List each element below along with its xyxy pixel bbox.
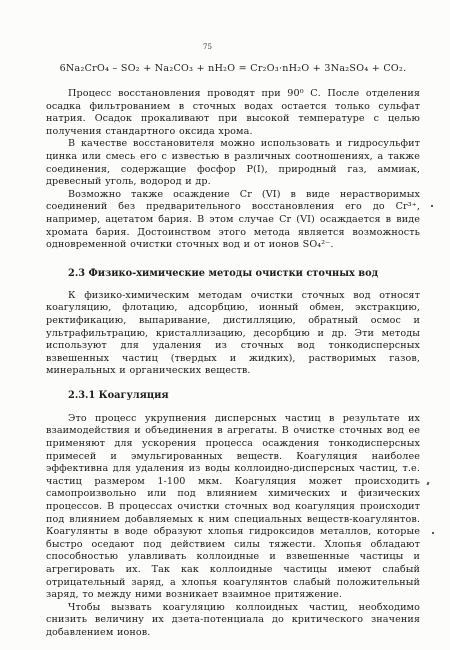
paragraph-chromium-precipitation: Возможно также осаждение Cr (VI) в виде … — [46, 189, 420, 252]
scan-artifact-speck — [427, 482, 430, 486]
section-heading-physicochemical-methods: 2.3 Физико-химические методы очистки сто… — [46, 267, 420, 280]
paragraph-methods-list: К физико-химическим методам очистки сточ… — [46, 290, 420, 378]
page-content: 6Na₂CrO₄ – SO₂ + Na₂CO₃ + nH₂O = Cr₂O₃·n… — [46, 62, 420, 640]
page-number: 75 — [0, 43, 415, 51]
scanned-document-page: 75 6Na₂CrO₄ – SO₂ + Na₂CO₃ + nH₂O = Cr₂O… — [0, 0, 450, 650]
paragraph-zeta-potential: Чтобы вызвать коагуляцию коллоидных част… — [46, 602, 420, 640]
chemical-equation: 6Na₂CrO₄ – SO₂ + Na₂CO₃ + nH₂O = Cr₂O₃·n… — [46, 62, 420, 75]
paragraph-reduction-process: Процесс восстановления проводят при 90⁰ … — [46, 88, 420, 138]
scan-artifact-speck — [432, 532, 434, 534]
scan-artifact-speck — [431, 205, 433, 207]
paragraph-coagulation-description: Это процесс укрупнения дисперсных частиц… — [46, 413, 420, 602]
subsection-heading-coagulation: 2.3.1 Коагуляция — [46, 389, 420, 402]
paragraph-reducing-agents: В качестве восстановителя можно использо… — [46, 138, 420, 188]
